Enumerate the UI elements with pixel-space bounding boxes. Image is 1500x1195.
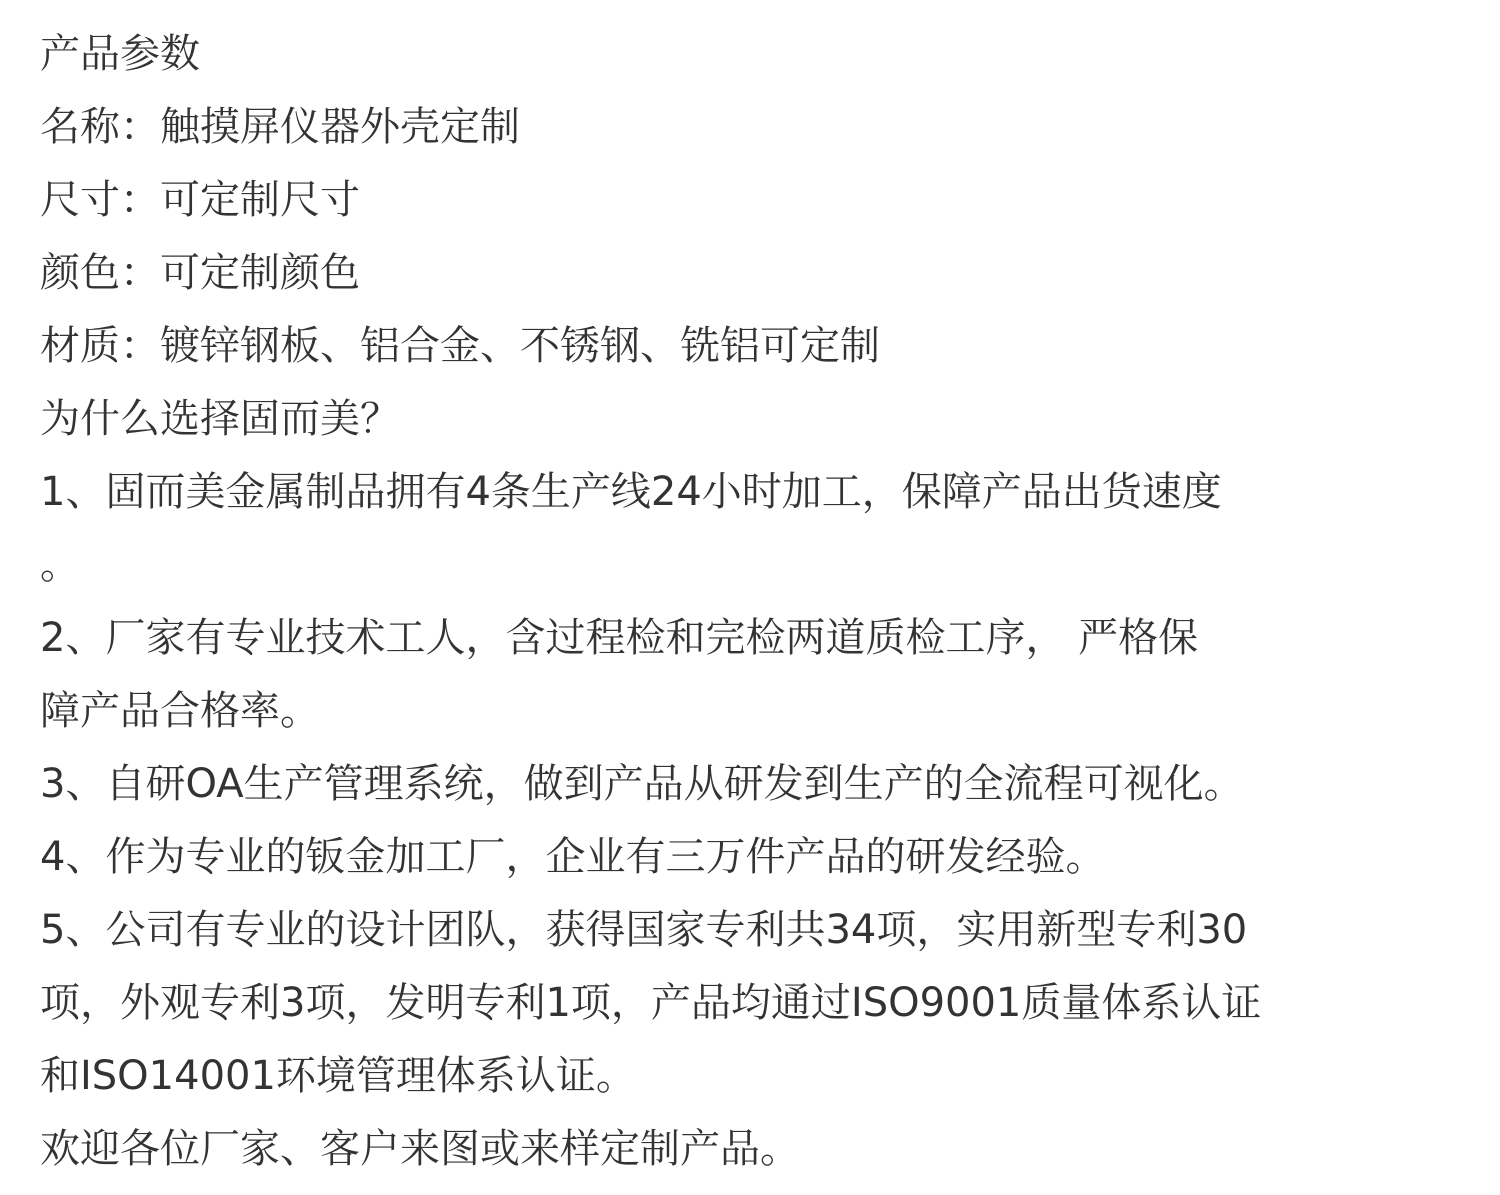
section-heading-why-choose: 为什么选择固而美？ [40, 383, 1480, 456]
param-label: 尺寸： [40, 177, 160, 223]
param-value: 触摸屏仪器外壳定制 [160, 104, 520, 150]
point-1-line-2: 。 [40, 529, 1480, 602]
param-color: 颜色：可定制颜色 [40, 237, 1480, 310]
point-5-line-3: 和ISO14001环境管理体系认证。 [40, 1040, 1480, 1113]
point-2-line-2: 障产品合格率。 [40, 675, 1480, 748]
point-5-line-2: 项，外观专利3项，发明专利1项，产品均通过ISO9001质量体系认证 [40, 967, 1480, 1040]
point-2-line-1: 2、厂家有专业技术工人，含过程检和完检两道质检工序， 严格保 [40, 602, 1480, 675]
point-4: 4、作为专业的钣金加工厂，企业有三万件产品的研发经验。 [40, 821, 1480, 894]
param-label: 名称： [40, 104, 160, 150]
param-size: 尺寸：可定制尺寸 [40, 164, 1480, 237]
section-heading-product-params: 产品参数 [40, 18, 1480, 91]
param-material: 材质：镀锌钢板、铝合金、不锈钢、铣铝可定制 [40, 310, 1480, 383]
param-name: 名称：触摸屏仪器外壳定制 [40, 91, 1480, 164]
point-3: 3、自研OA生产管理系统，做到产品从研发到生产的全流程可视化。 [40, 748, 1480, 821]
point-1-line-1: 1、固而美金属制品拥有4条生产线24小时加工，保障产品出货速度 [40, 456, 1480, 529]
point-5-line-1: 5、公司有专业的设计团队，获得国家专利共34项，实用新型专利30 [40, 894, 1480, 967]
param-value: 可定制尺寸 [160, 177, 360, 223]
param-label: 材质： [40, 323, 160, 369]
param-value: 可定制颜色 [160, 250, 360, 296]
product-description-document: 产品参数 名称：触摸屏仪器外壳定制 尺寸：可定制尺寸 颜色：可定制颜色 材质：镀… [40, 18, 1480, 1186]
param-value: 镀锌钢板、铝合金、不锈钢、铣铝可定制 [160, 323, 880, 369]
closing-statement: 欢迎各位厂家、客户来图或来样定制产品。 [40, 1113, 1480, 1186]
param-label: 颜色： [40, 250, 160, 296]
